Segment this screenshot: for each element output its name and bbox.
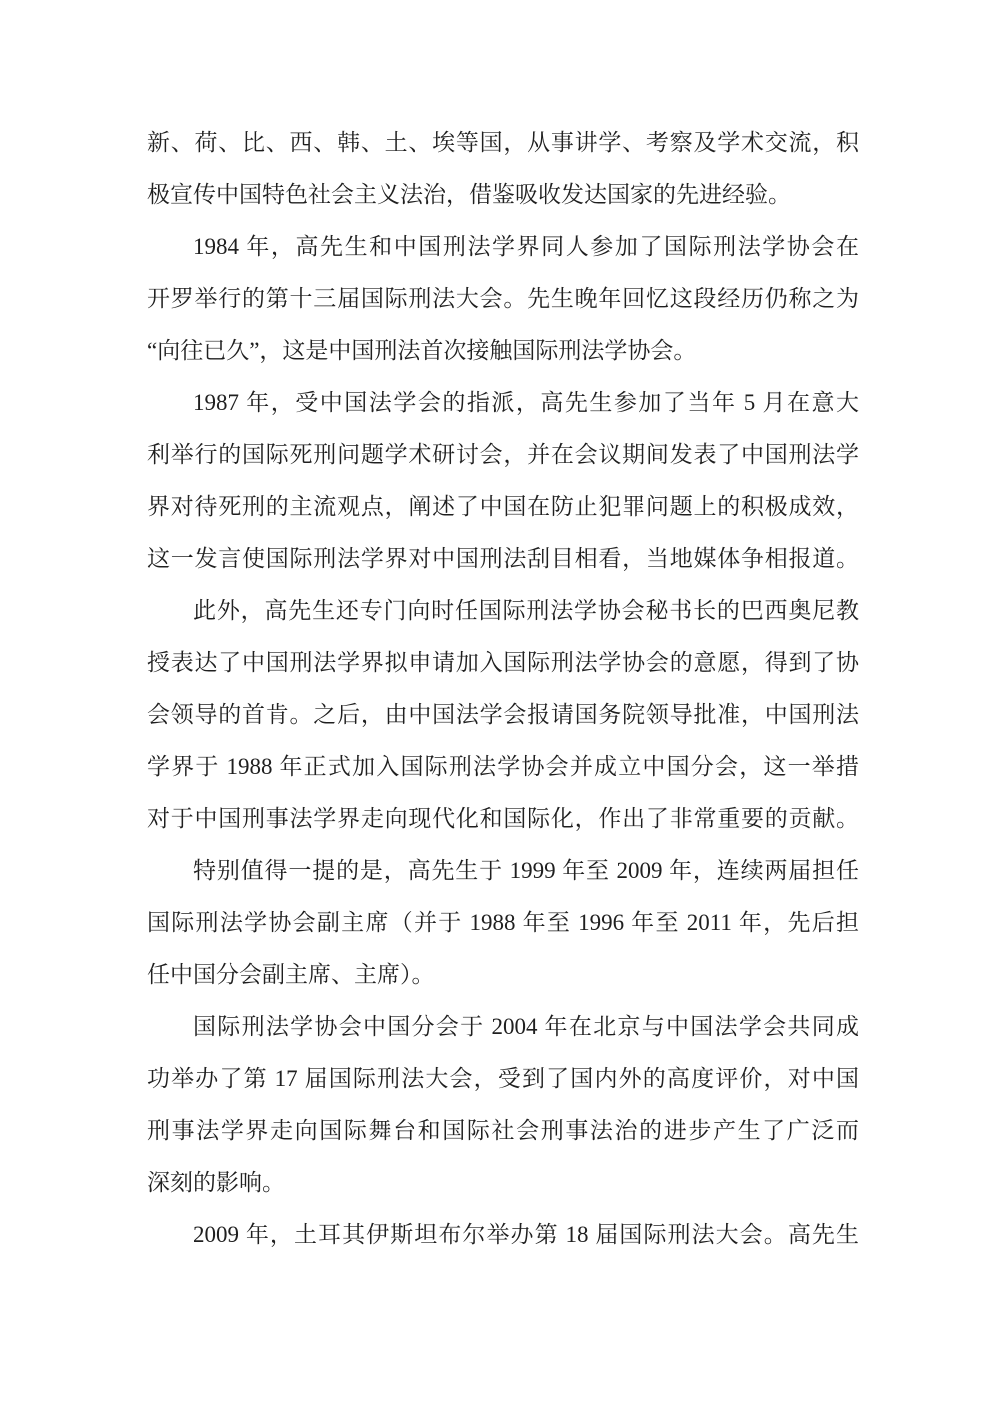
text-line: 会领导的首肯。之后，由中国法学会报请国务院领导批准，中国刑法 — [147, 689, 859, 741]
text-line: 深刻的影响。 — [147, 1157, 859, 1209]
text-line: 对于中国刑事法学界走向现代化和国际化，作出了非常重要的贡献。 — [147, 793, 859, 845]
document-page: 新、荷、比、西、韩、土、埃等国，从事讲学、考察及学术交流，积极宣传中国特色社会主… — [0, 0, 992, 1403]
text-line: 任中国分会副主席、主席）。 — [147, 949, 859, 1001]
document-body: 新、荷、比、西、韩、土、埃等国，从事讲学、考察及学术交流，积极宣传中国特色社会主… — [147, 117, 859, 1261]
text-line: 此外，高先生还专门向时任国际刑法学协会秘书长的巴西奥尼教 — [147, 585, 859, 637]
text-line: 界对待死刑的主流观点，阐述了中国在防止犯罪问题上的积极成效， — [147, 481, 859, 533]
text-line: 授表达了中国刑法学界拟申请加入国际刑法学协会的意愿，得到了协 — [147, 637, 859, 689]
text-line: 功举办了第 17 届国际刑法大会，受到了国内外的高度评价，对中国 — [147, 1053, 859, 1105]
text-line: 国际刑法学协会副主席（并于 1988 年至 1996 年至 2011 年，先后担 — [147, 897, 859, 949]
text-line: 国际刑法学协会中国分会于 2004 年在北京与中国法学会共同成 — [147, 1001, 859, 1053]
text-line: 刑事法学界走向国际舞台和国际社会刑事法治的进步产生了广泛而 — [147, 1105, 859, 1157]
text-line: 利举行的国际死刑问题学术研讨会，并在会议期间发表了中国刑法学 — [147, 429, 859, 481]
text-line: “向往已久”，这是中国刑法首次接触国际刑法学协会。 — [147, 325, 859, 377]
text-line: 开罗举行的第十三届国际刑法大会。先生晚年回忆这段经历仍称之为 — [147, 273, 859, 325]
text-line: 学界于 1988 年正式加入国际刑法学协会并成立中国分会，这一举措 — [147, 741, 859, 793]
text-line: 1987 年，受中国法学会的指派，高先生参加了当年 5 月在意大 — [147, 377, 859, 429]
text-line: 这一发言使国际刑法学界对中国刑法刮目相看，当地媒体争相报道。 — [147, 533, 859, 585]
text-line: 1984 年，高先生和中国刑法学界同人参加了国际刑法学协会在 — [147, 221, 859, 273]
text-line: 特别值得一提的是，高先生于 1999 年至 2009 年，连续两届担任 — [147, 845, 859, 897]
text-line: 极宣传中国特色社会主义法治，借鉴吸收发达国家的先进经验。 — [147, 169, 859, 221]
text-line: 2009 年，土耳其伊斯坦布尔举办第 18 届国际刑法大会。高先生 — [147, 1209, 859, 1261]
text-line: 新、荷、比、西、韩、土、埃等国，从事讲学、考察及学术交流，积 — [147, 117, 859, 169]
